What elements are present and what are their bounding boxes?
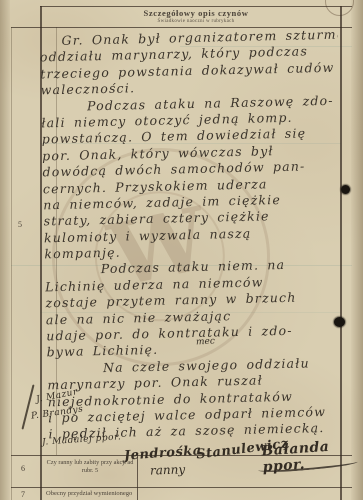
rubric-number-5: 5 (18, 220, 22, 229)
interlinear-insertion: mec (196, 337, 215, 348)
form-title: Szczegółowy opis czynów (40, 8, 352, 18)
ink-blot (334, 317, 345, 327)
row7-label: Obecny przydział wymienionego (46, 490, 132, 497)
row7-top-line (11, 487, 352, 488)
row6-answer: ranny (150, 462, 186, 477)
form-subtitle: Świadkowie naoczni w rubrykach (40, 19, 352, 24)
table-border-outer-left (11, 27, 12, 500)
rubric-number-6: 6 (21, 464, 25, 473)
table-border-top (40, 6, 352, 7)
paper-edge-left (0, 0, 10, 500)
paper-edge-right (351, 0, 363, 500)
row6-label: Czy ranny lub zabity przy akcji ad rubr.… (44, 459, 136, 474)
rubric-number-7: 7 (21, 490, 25, 499)
signature: Jendrośka (124, 443, 203, 463)
scanned-document-page: W Szczegółowy opis czynów Świadkowie nao… (0, 0, 363, 500)
handwritten-description: Gr. Onak był organizatorem szturmowego o… (39, 27, 346, 443)
margin-stroke (21, 384, 34, 429)
ink-blot (341, 185, 350, 194)
